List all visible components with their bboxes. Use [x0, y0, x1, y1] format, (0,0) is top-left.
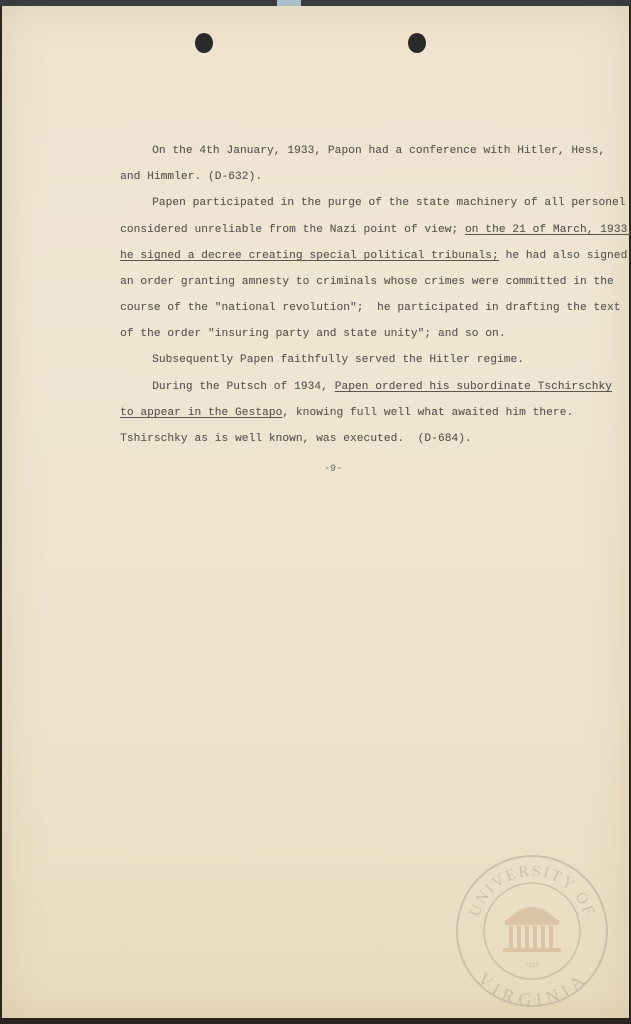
- university-seal-watermark-icon: UNIVERSITY OF VIRGINIA 1819: [455, 854, 609, 1008]
- scan-bottom-edge: [0, 1018, 631, 1024]
- text-line: Tshirschky as is well known, was execute…: [93, 418, 472, 460]
- text-segment: Tshirschky as is well known, was execute…: [120, 433, 472, 445]
- document-page: On the 4th January, 1933, Papon had a co…: [2, 6, 629, 1018]
- text-segment: Papen participated in the purge of the s…: [152, 197, 625, 209]
- punch-hole-right: [408, 33, 426, 53]
- page-number: -9-: [324, 464, 342, 475]
- text-segment: Subsequently Papen faithfully served the…: [152, 354, 524, 366]
- svg-text:1819: 1819: [525, 961, 540, 969]
- svg-text:VIRGINIA: VIRGINIA: [474, 969, 590, 1008]
- punch-hole-left: [195, 33, 213, 53]
